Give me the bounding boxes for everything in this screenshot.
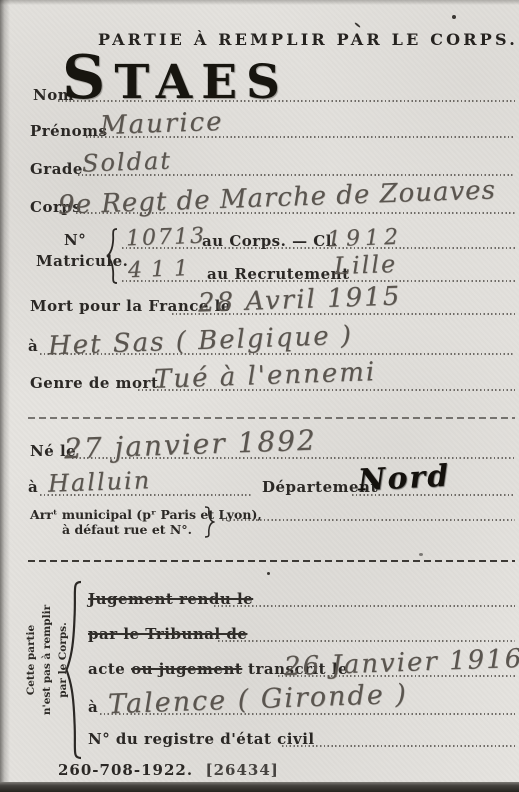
naissance-date-value: 27 janvier 1892 — [64, 424, 318, 466]
form-title: PARTIE À REMPLIR PAR LE CORPS. — [98, 30, 518, 49]
prenoms-label: Prénoms — [30, 122, 107, 140]
acte-prefix: acte — [88, 660, 125, 678]
arr-municipal-label-line2: à défaut rue et N°. — [62, 522, 192, 537]
recrutement-lieu-value: Lille — [334, 250, 398, 280]
naissance-lieu-label: à — [28, 478, 38, 496]
scan-edge-bottom — [0, 782, 519, 792]
mort-lieu-label: à — [28, 337, 38, 355]
genre-mort-label: Genre de mort — [30, 374, 158, 392]
matricule-corps-value: 10713 — [126, 224, 207, 252]
ink-speck — [419, 553, 423, 556]
ink-speck — [354, 22, 361, 28]
prenoms-value: Maurice — [100, 107, 225, 141]
classe-value: 1912 — [327, 225, 404, 253]
section-separator — [28, 417, 515, 419]
grade-label: Grade — [30, 160, 83, 178]
ink-speck — [452, 15, 456, 19]
matricule-brace — [106, 227, 119, 285]
section-separator — [28, 560, 515, 562]
side-note-line1: Cette partie — [25, 625, 37, 695]
naissance-lieu-value: Halluin — [48, 466, 152, 498]
dotted-line — [282, 745, 515, 747]
side-note-line2: n'est pas à remplir — [41, 605, 53, 715]
mort-lieu-value: Het Sas ( Belgique ) — [48, 321, 354, 362]
tribunal-label: par le Tribunal de — [88, 625, 247, 643]
au-recrutement-label: au Recrutement — [207, 265, 350, 283]
nom-value-stamp: STAES — [62, 48, 289, 108]
matricule-recrutement-value: 411 — [128, 256, 198, 283]
dotted-line — [218, 640, 515, 642]
matricule-label-line1: N° — [64, 231, 86, 249]
scan-edge-top — [0, 0, 519, 5]
jugement-label: Jugement rendu le — [88, 590, 253, 608]
print-reference-number: 260-708-1922. — [58, 761, 193, 779]
acte-struck-words: ou jugement — [131, 660, 242, 678]
etat-civil-brace — [64, 580, 84, 760]
dotted-line — [214, 605, 515, 607]
departement-value: Nord — [357, 459, 451, 499]
registre-label: N° du registre d'état civil — [88, 730, 315, 748]
arr-municipal-brace — [203, 505, 215, 539]
print-reference: 260-708-1922. [26434] — [58, 761, 279, 779]
dotted-line — [222, 519, 515, 521]
print-code: [26434] — [206, 761, 279, 779]
grade-value: Soldat — [82, 146, 173, 177]
scan-edge-left — [0, 0, 10, 792]
military-death-record-card: PARTIE À REMPLIR PAR LE CORPS. Nom STAES… — [0, 0, 519, 792]
transcription-lieu-label: à — [88, 698, 98, 716]
ink-speck — [267, 572, 270, 575]
au-corps-label: au Corps. — Cl. — [202, 232, 338, 250]
